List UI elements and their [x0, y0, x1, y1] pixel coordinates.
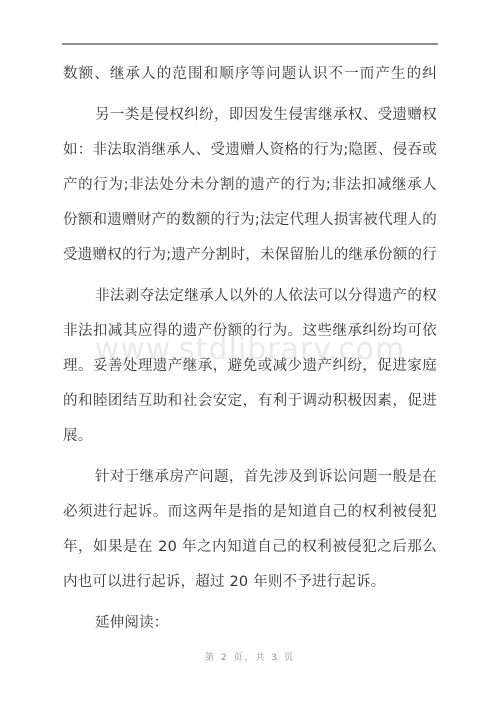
- text-line: 的和睦团结互助和社会安定，有利于调动积极因素，促进经济的发: [63, 384, 437, 419]
- text-line: 受遗赠权的行为;遗产分割时，未保留胎儿的继承份额的行为:: [63, 238, 437, 273]
- text-line: 年，如果是在 20 年之内知道自己的权利被侵犯之后那么在两年之: [63, 530, 437, 565]
- text-line: 数额、继承人的范围和顺序等问题认识不一而产生的纠纷。: [63, 57, 437, 92]
- text-line: 内也可以进行起诉，超过 20 年则不予进行起诉。: [63, 565, 437, 600]
- text-line: 另一类是侵权纠纷，即因发生侵害继承权、受遗赠权的行为，: [63, 98, 437, 133]
- text-line: 非法扣减其应得的遗产份额的行为。这些继承纠纷均可依法进行处: [63, 314, 437, 349]
- text-line: 份额和遗赠财产的数额的行为;法定代理人损害被代理人的继承权、: [63, 203, 437, 238]
- text-line: 理。妥善处理遗产继承，避免或减少遗产纠纷，促进家庭成员之间: [63, 349, 437, 384]
- header-divider: [62, 43, 438, 45]
- text-line: 必须进行起诉。而这两年是指的是知道自己的权利被侵犯之后的两: [63, 495, 437, 530]
- text-line: 延伸阅读：: [63, 606, 437, 641]
- text-line: 产的行为;非法处分未分割的遗产的行为;非法扣减继承人应继遗产: [63, 168, 437, 203]
- text-line: 非法剥夺法定继承人以外的人依法可以分得遗产的权利，或者: [63, 279, 437, 314]
- text-line: 针对于继承房产问题，首先涉及到诉讼问题一般是在两年之内: [63, 460, 437, 495]
- text-line: 如：非法取消继承人、受遗赠人资格的行为;隐匿、侵吞或争抢遗: [63, 133, 437, 168]
- page-number-indicator: 第 2 页，共 3 页: [0, 650, 500, 663]
- document-body: 数额、继承人的范围和顺序等问题认识不一而产生的纠纷。 另一类是侵权纠纷，即因发生…: [63, 57, 437, 641]
- document-page: www.stdlibrary.com 数额、继承人的范围和顺序等问题认识不一而产…: [0, 0, 500, 708]
- text-line: 展。: [63, 419, 437, 454]
